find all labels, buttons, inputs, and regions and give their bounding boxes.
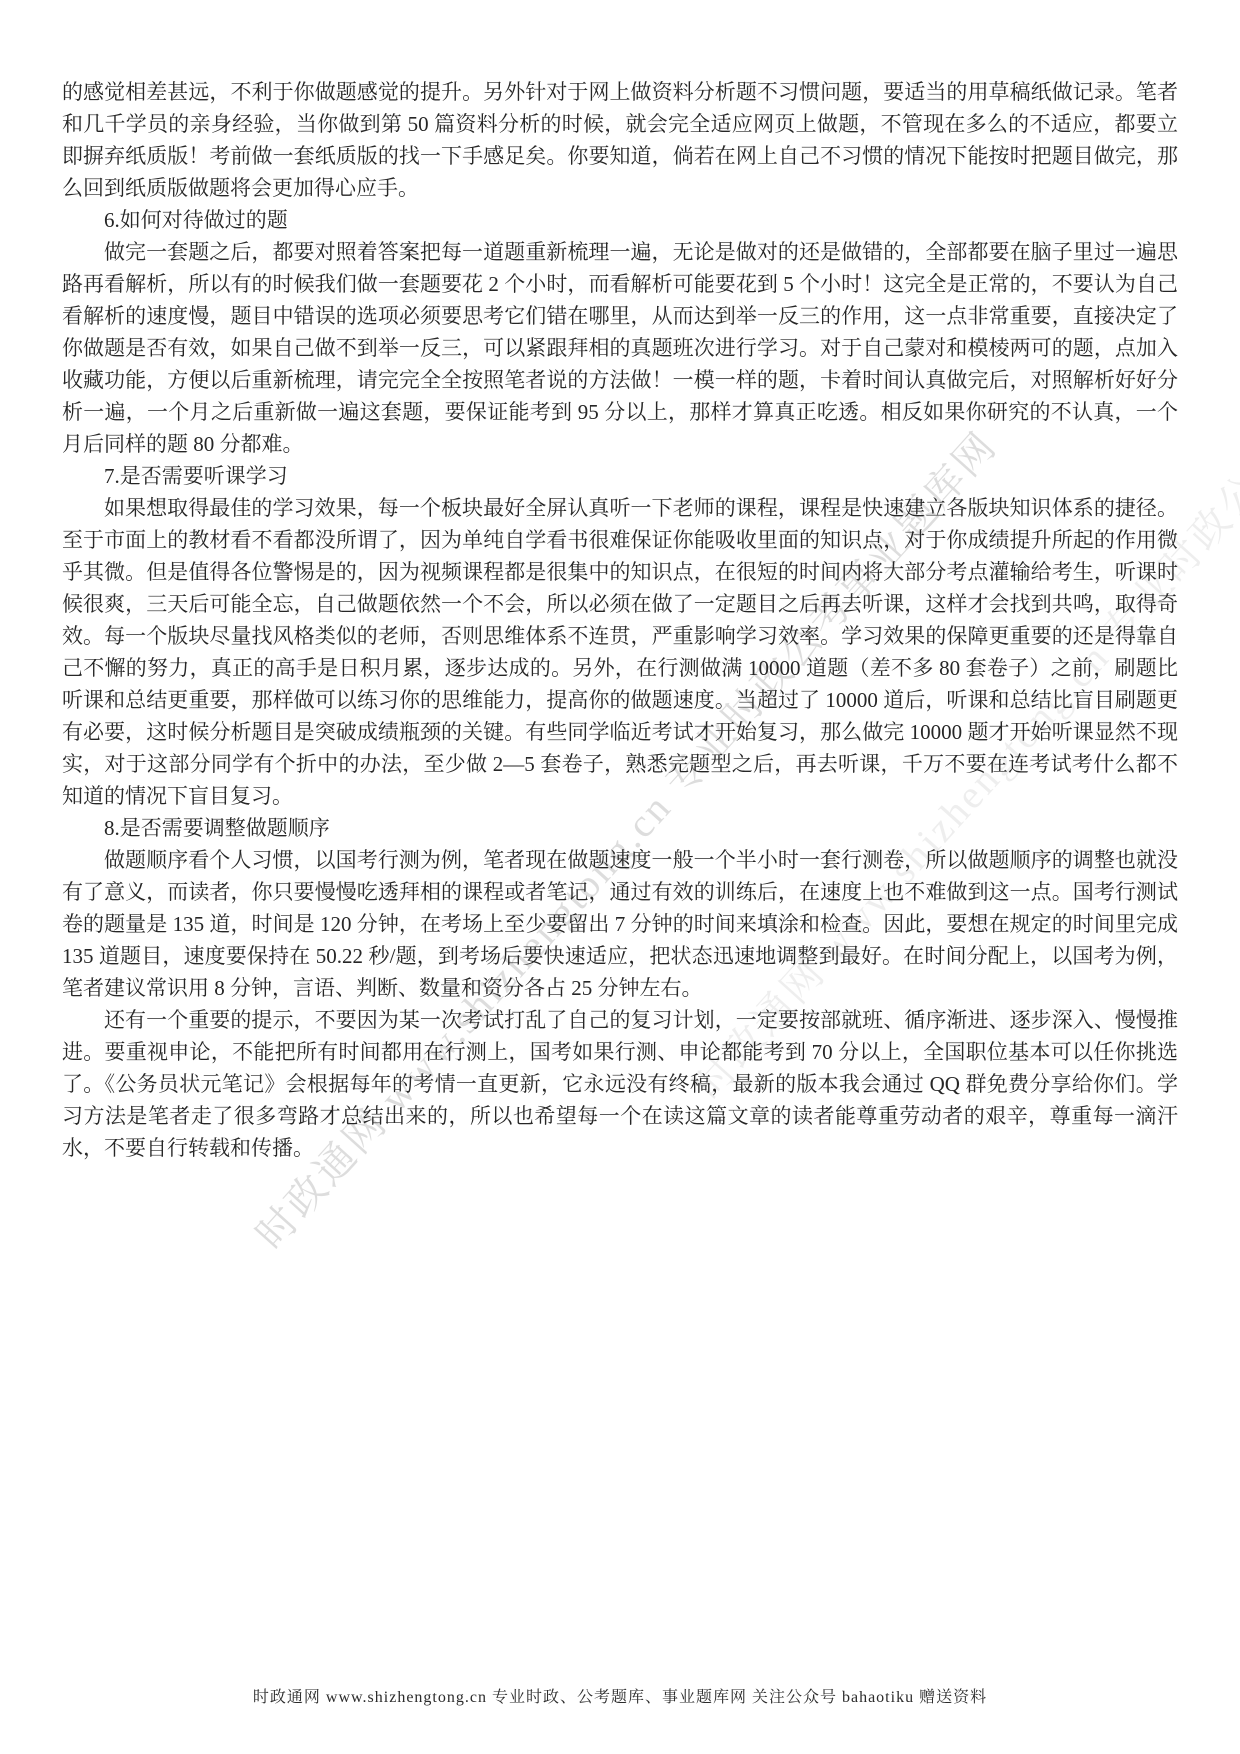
paragraph-section-8: 做题顺序看个人习惯，以国考行测为例，笔者现在做题速度一般一个半小时一套行测卷，所… <box>62 844 1178 1004</box>
document-page: 时政通网 www.shizhengtong.cn 专业时政公考事业题库网 时政通… <box>0 0 1240 1754</box>
section-heading-6: 6.如何对待做过的题 <box>62 204 1178 236</box>
paragraph-section-6: 做完一套题之后，都要对照着答案把每一道题重新梳理一遍，无论是做对的还是做错的，全… <box>62 236 1178 460</box>
page-body-text: 的感觉相差甚远，不利于你做题感觉的提升。另外针对于网上做资料分析题不习惯问题，要… <box>62 76 1178 1164</box>
section-heading-8: 8.是否需要调整做题顺序 <box>62 812 1178 844</box>
section-heading-7: 7.是否需要听课学习 <box>62 460 1178 492</box>
paragraph-closing: 还有一个重要的提示，不要因为某一次考试打乱了自己的复习计划，一定要按部就班、循序… <box>62 1004 1178 1164</box>
paragraph-section-7: 如果想取得最佳的学习效果，每一个板块最好全屏认真听一下老师的课程，课程是快速建立… <box>62 492 1178 812</box>
paragraph-continuation: 的感觉相差甚远，不利于你做题感觉的提升。另外针对于网上做资料分析题不习惯问题，要… <box>62 76 1178 204</box>
page-footer: 时政通网 www.shizhengtong.cn 专业时政、公考题库、事业题库网… <box>0 1684 1240 1707</box>
